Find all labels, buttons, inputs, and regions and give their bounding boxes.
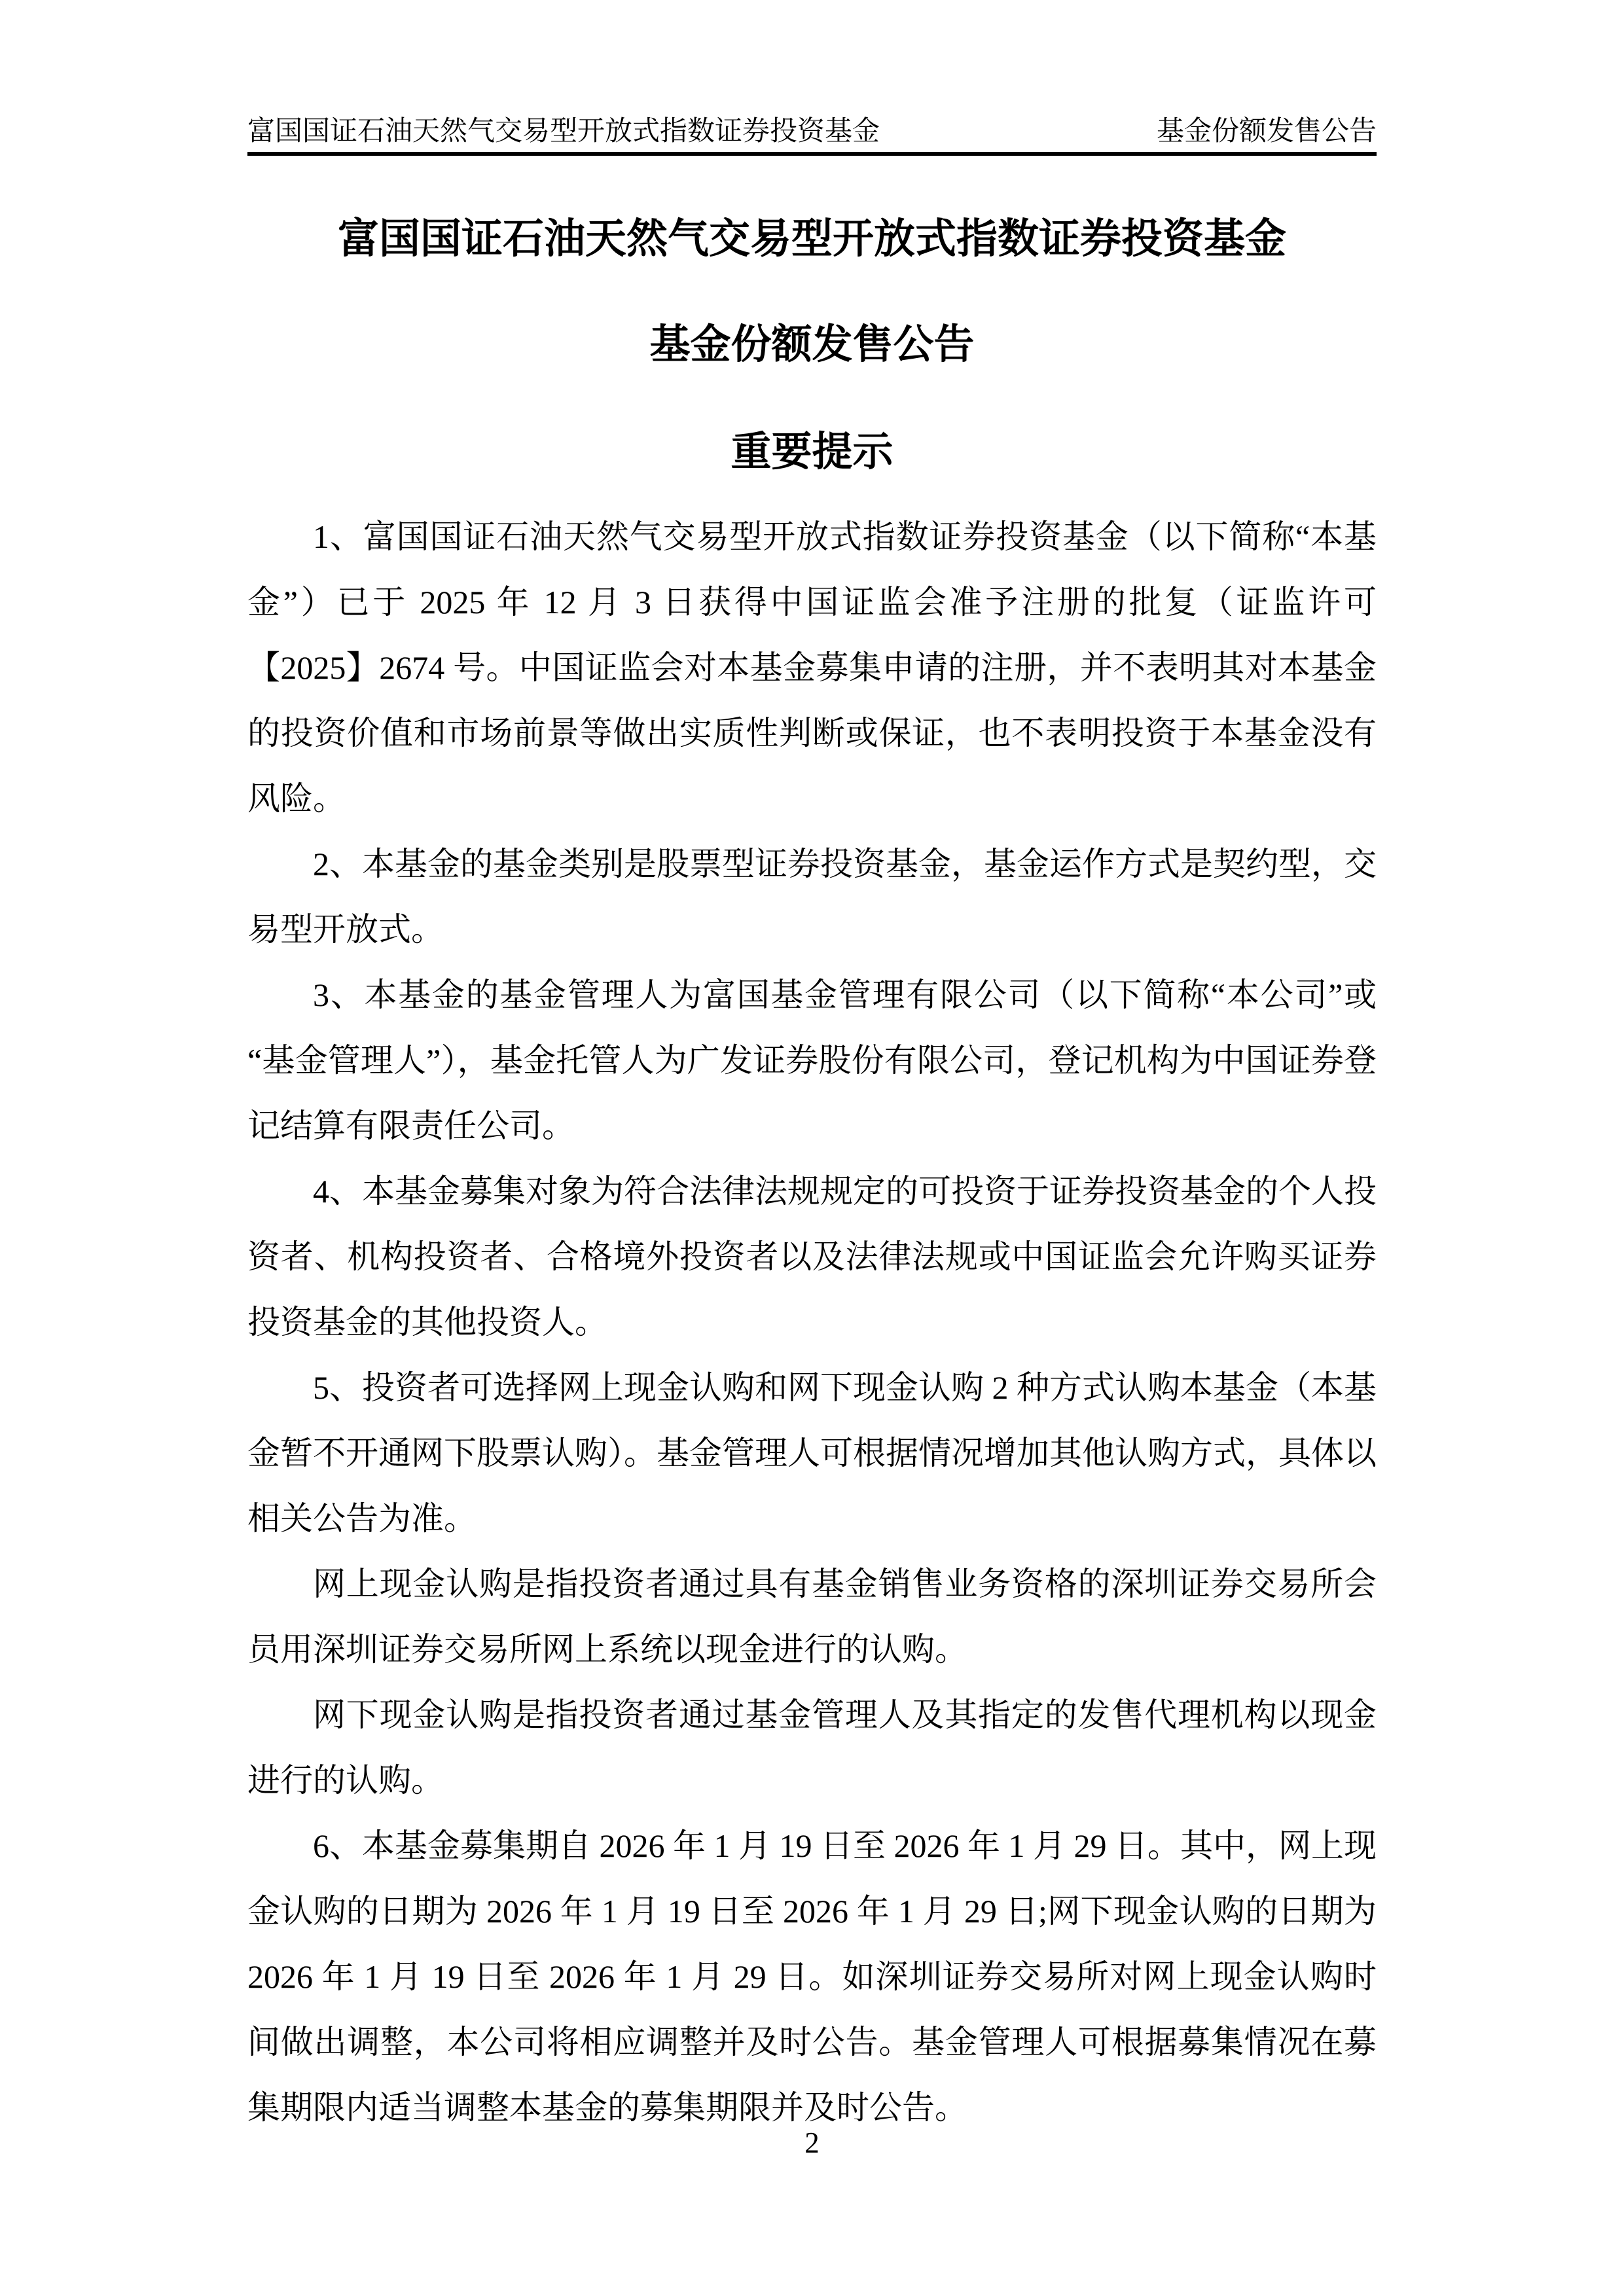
notice-body: 1、富国国证石油天然气交易型开放式指数证券投资基金（以下简称“本基金”）已于 2…: [247, 504, 1377, 2140]
paragraph-2: 2、本基金的基金类别是股票型证券投资基金，基金运作方式是契约型，交易型开放式。: [247, 831, 1377, 962]
paragraph-7: 网下现金认购是指投资者通过基金管理人及其指定的发售代理机构以现金进行的认购。: [247, 1682, 1377, 1813]
page-number: 2: [0, 2128, 1624, 2158]
page-header: 富国国证石油天然气交易型开放式指数证券投资基金 基金份额发售公告: [247, 118, 1377, 156]
important-notice-heading: 重要提示: [0, 432, 1624, 473]
header-fund-name: 富国国证石油天然气交易型开放式指数证券投资基金: [247, 118, 880, 145]
document-page: 富国国证石油天然气交易型开放式指数证券投资基金 基金份额发售公告 富国国证石油天…: [0, 0, 1624, 2296]
paragraph-8: 6、本基金募集期自 2026 年 1 月 19 日至 2026 年 1 月 29…: [247, 1813, 1377, 2140]
paragraph-1: 1、富国国证石油天然气交易型开放式指数证券投资基金（以下简称“本基金”）已于 2…: [247, 504, 1377, 831]
header-announcement-label: 基金份额发售公告: [1157, 118, 1377, 145]
announcement-title: 基金份额发售公告: [0, 325, 1624, 365]
paragraph-3: 3、本基金的基金管理人为富国基金管理有限公司（以下简称“本公司”或“基金管理人”…: [247, 962, 1377, 1158]
paragraph-6: 网上现金认购是指投资者通过具有基金销售业务资格的深圳证券交易所会员用深圳证券交易…: [247, 1551, 1377, 1682]
paragraph-4: 4、本基金募集对象为符合法律法规规定的可投资于证券投资基金的个人投资者、机构投资…: [247, 1158, 1377, 1355]
paragraph-5: 5、投资者可选择网上现金认购和网下现金认购 2 种方式认购本基金（本基金暂不开通…: [247, 1355, 1377, 1551]
fund-name-title: 富国国证石油天然气交易型开放式指数证券投资基金: [0, 219, 1624, 260]
